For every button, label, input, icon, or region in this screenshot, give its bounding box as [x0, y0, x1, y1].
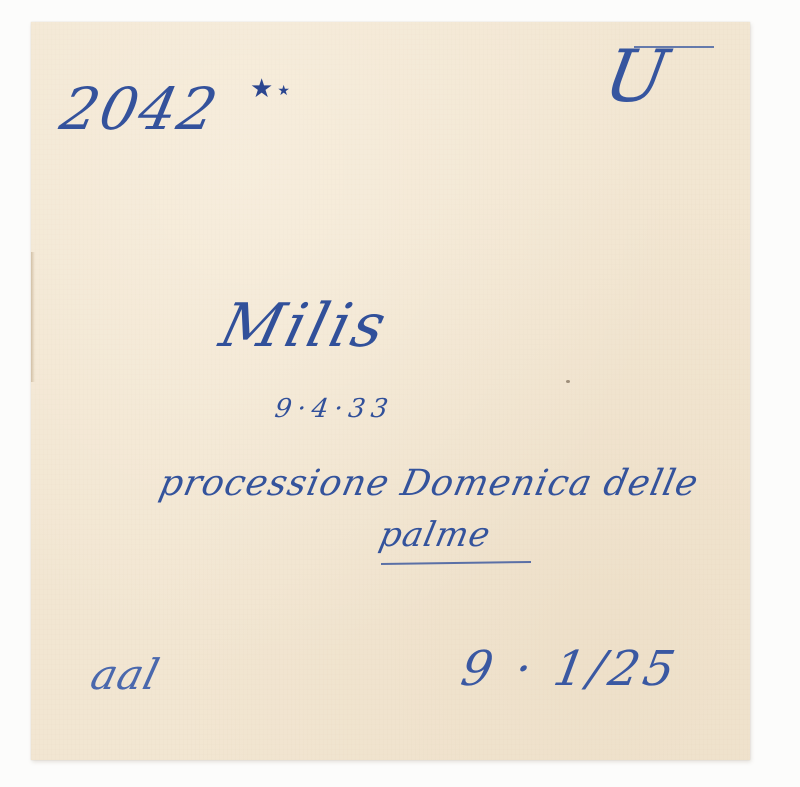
frame-reference: 9 · 1/25 — [458, 645, 683, 693]
large-star-icon: ★ — [250, 74, 273, 104]
author-initials: aal — [87, 654, 164, 696]
description-line-2: palme — [376, 518, 494, 552]
place-name: Milis — [215, 296, 395, 356]
paper-fleck — [566, 380, 570, 383]
catalog-number: 2042 — [56, 80, 224, 138]
description-line-1: processione Domenica delle — [156, 466, 702, 502]
scan-background: 2042 ★★ U Milis 9·4·33 processione Domen… — [0, 0, 800, 787]
series-letter: U — [600, 40, 674, 112]
date: 9·4·33 — [273, 396, 395, 422]
small-star-icon: ★ — [277, 83, 290, 99]
star-marks: ★★ — [250, 76, 290, 102]
